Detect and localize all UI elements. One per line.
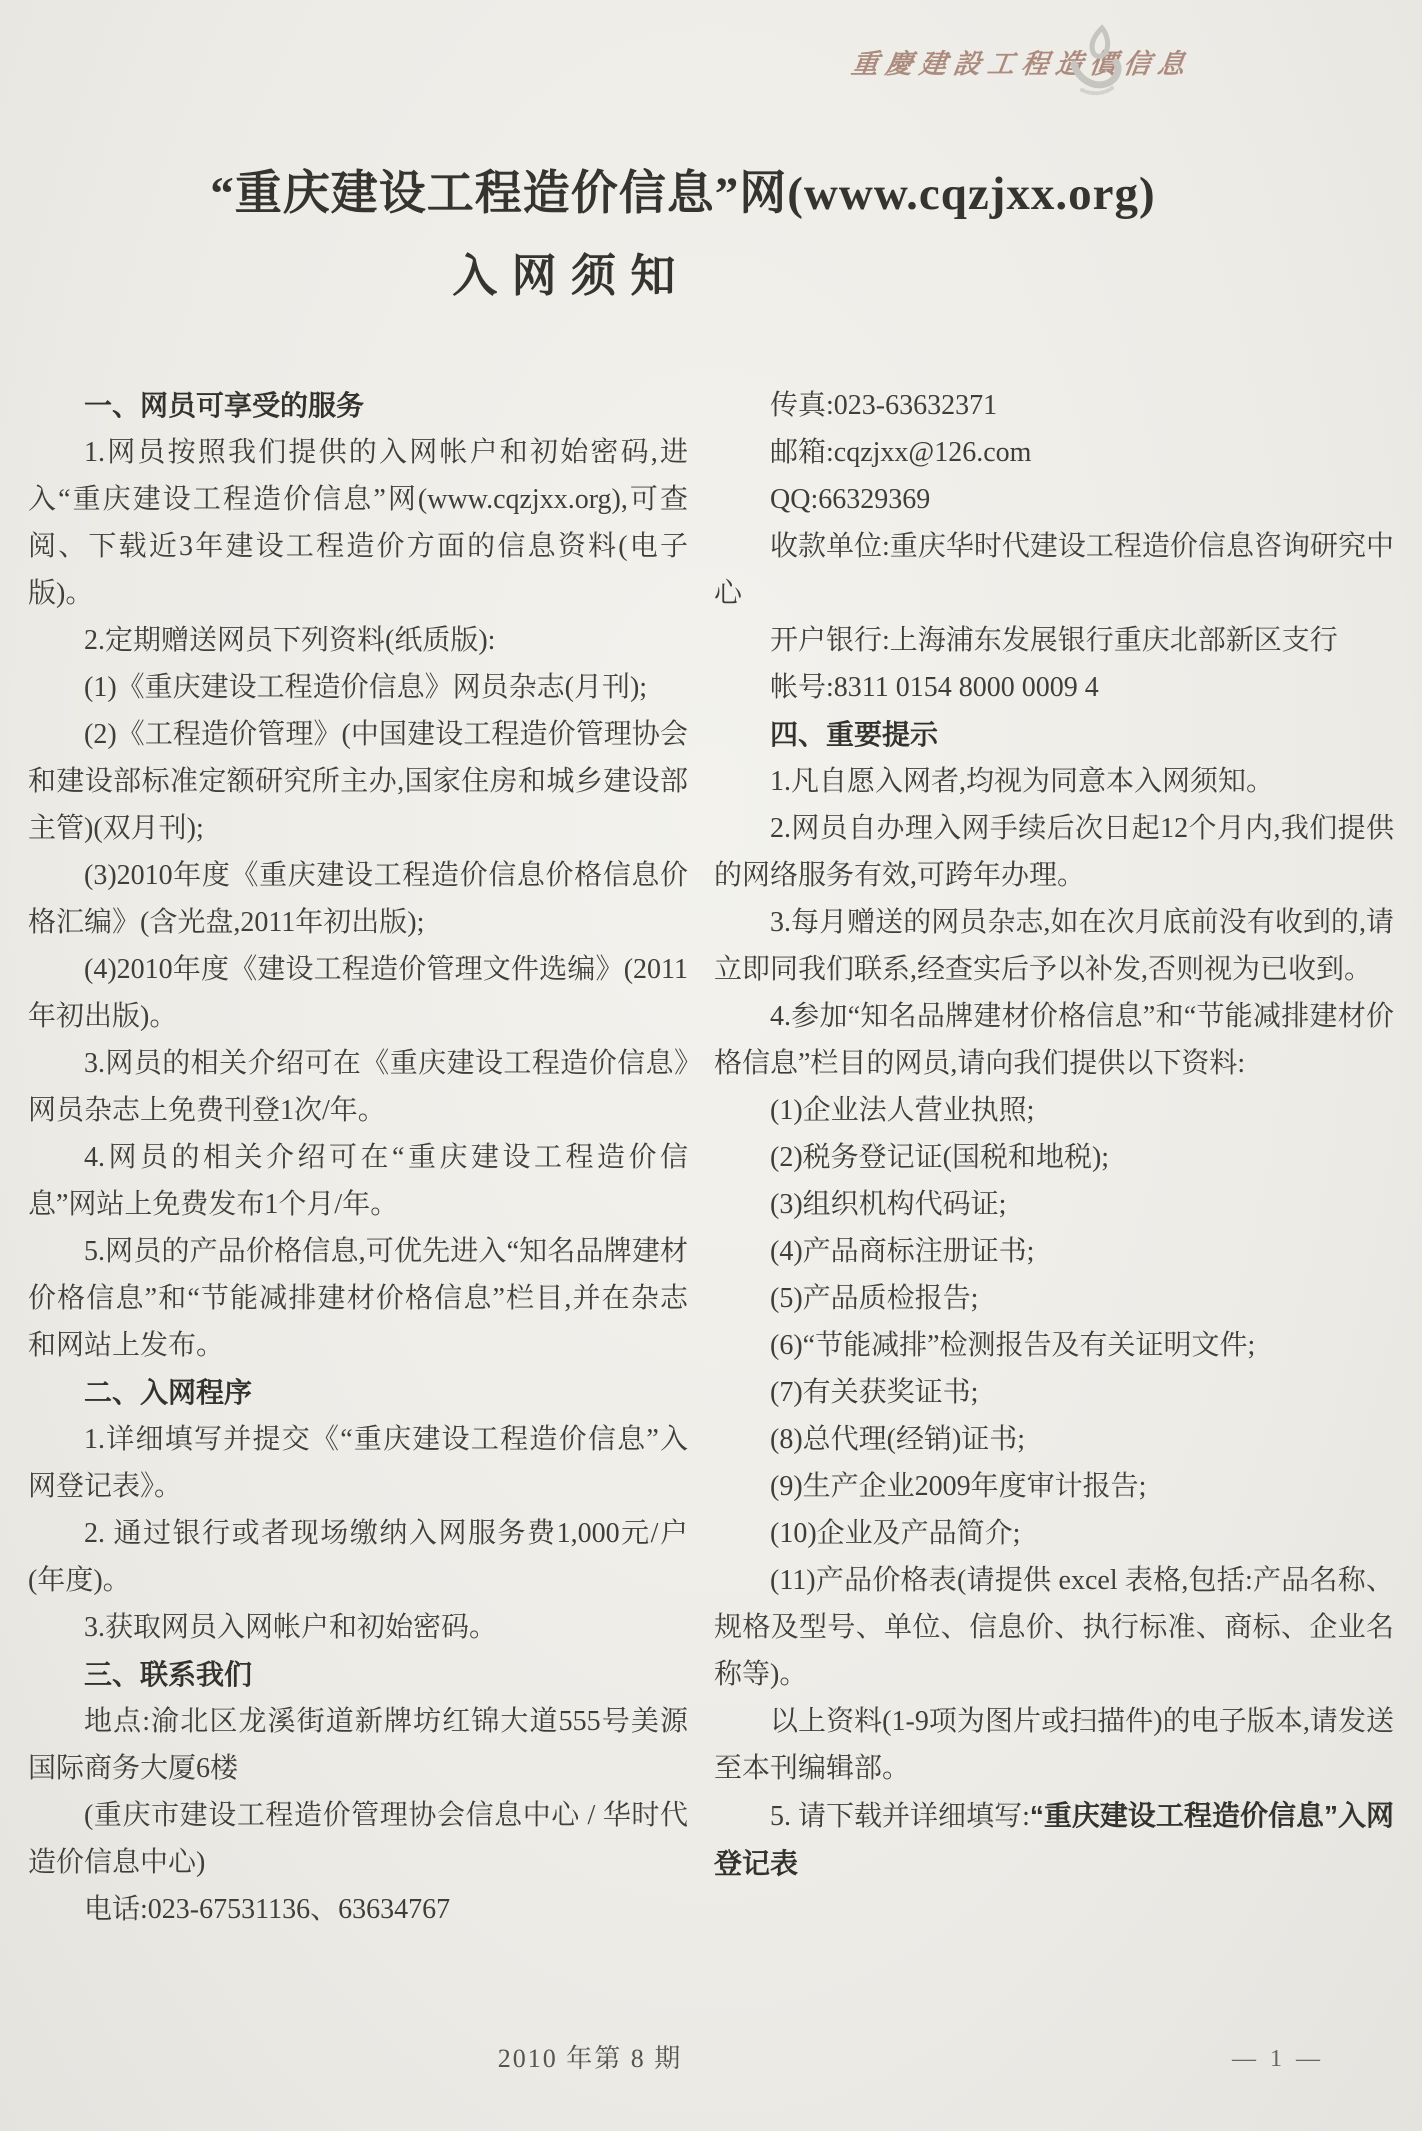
list-item: (4)产品商标注册证书;: [714, 1228, 1394, 1275]
section-heading-contact: 三、联系我们: [28, 1651, 688, 1698]
paragraph: 以上资料(1-9项为图片或扫描件)的电子版本,请发送至本刊编辑部。: [714, 1698, 1394, 1792]
list-item: (6)“节能减排”检测报告及有关证明文件;: [714, 1322, 1394, 1369]
list-item: (9)生产企业2009年度审计报告;: [714, 1463, 1394, 1510]
payee-name: 收款单位:重庆华时代建设工程造价信息咨询研究中心: [714, 523, 1394, 617]
list-item: (11)产品价格表(请提供 excel 表格,包括:产品名称、规格及型号、单位、…: [714, 1557, 1394, 1698]
paragraph: 1.详细填写并提交《“重庆建设工程造价信息”入网登记表》。: [28, 1416, 688, 1510]
paragraph: 1.网员按照我们提供的入网帐户和初始密码,进入“重庆建设工程造价信息”网(www…: [28, 429, 688, 617]
paragraph: 4.参加“知名品牌建材价格信息”和“节能减排建材价格信息”栏目的网员,请向我们提…: [714, 993, 1394, 1087]
paragraph: 3.网员的相关介绍可在《重庆建设工程造价信息》网员杂志上免费刊登1次/年。: [28, 1040, 688, 1134]
paragraph: 2.定期赠送网员下列资料(纸质版):: [28, 617, 688, 664]
footer-issue-label: 2010 年第 8 期: [0, 2038, 1180, 2075]
list-item: (2)《工程造价管理》(中国建设工程造价管理协会和建设部标准定额研究所主办,国家…: [28, 711, 688, 852]
contact-email: 邮箱:cqzjxx@126.com: [714, 429, 1394, 476]
title-line-2: 入网须知: [0, 239, 1282, 304]
paragraph: 4.网员的相关介绍可在“重庆建设工程造价信息”网站上免费发布1个月/年。: [28, 1134, 688, 1228]
paragraph: 1.凡自愿入网者,均视为同意本入网须知。: [714, 758, 1394, 805]
contact-fax: 传真:023-63632371: [714, 382, 1394, 429]
bank-name: 开户银行:上海浦东发展银行重庆北部新区支行: [714, 617, 1394, 664]
contact-qq: QQ:66329369: [714, 476, 1394, 523]
title-line-1: “重庆建设工程造价信息”网(www.cqzjxx.org): [0, 156, 1394, 223]
list-item: (4)2010年度《建设工程造价管理文件选编》(2011年初出版)。: [28, 946, 688, 1040]
paragraph: 5.网员的产品价格信息,可优先进入“知名品牌建材价格信息”和“节能减排建材价格信…: [28, 1228, 688, 1369]
list-item: (3)2010年度《重庆建设工程造价信息价格信息价格汇编》(含光盘,2011年初…: [28, 852, 688, 946]
list-item: (1)《重庆建设工程造价信息》网员杂志(月刊);: [28, 664, 688, 711]
final-prefix: 5. 请下载并详细填写:: [770, 1801, 1030, 1832]
scanned-document-page: 重慶建設工程造價信息 “重庆建设工程造价信息”网(www.cqzjxx.org)…: [0, 0, 1422, 2131]
left-column: 一、网员可享受的服务 1.网员按照我们提供的入网帐户和初始密码,进入“重庆建设工…: [28, 382, 688, 1933]
paragraph: 3.每月赠送的网员杂志,如在次月底前没有收到的,请立即同我们联系,经查实后予以补…: [714, 899, 1394, 993]
contact-phone: 电话:023-67531136、63634767: [28, 1886, 688, 1933]
list-item: (5)产品质检报告;: [714, 1275, 1394, 1322]
two-column-body: 一、网员可享受的服务 1.网员按照我们提供的入网帐户和初始密码,进入“重庆建设工…: [28, 382, 1394, 1933]
footer-page-number: — 1 —: [1232, 2046, 1324, 2073]
journal-brand-text: 重慶建設工程造價信息: [849, 42, 1194, 81]
contact-org: (重庆市建设工程造价管理协会信息中心 / 华时代造价信息中心): [28, 1792, 688, 1886]
account-number: 帐号:8311 0154 8000 0009 4: [714, 664, 1394, 711]
right-column: 传真:023-63632371 邮箱:cqzjxx@126.com QQ:663…: [714, 382, 1394, 1933]
swoosh-logo-icon: [1062, 24, 1124, 103]
document-title: “重庆建设工程造价信息”网(www.cqzjxx.org) 入网须知: [0, 156, 1422, 304]
paragraph-final: 5. 请下载并详细填写:“重庆建设工程造价信息”入网登记表: [714, 1792, 1394, 1888]
contact-address: 地点:渝北区龙溪街道新牌坊红锦大道555号美源国际商务大厦6楼: [28, 1698, 688, 1792]
list-item: (2)税务登记证(国税和地税);: [714, 1134, 1394, 1181]
paragraph: 2. 通过银行或者现场缴纳入网服务费1,000元/户(年度)。: [28, 1510, 688, 1604]
section-heading-services: 一、网员可享受的服务: [28, 382, 688, 429]
list-item: (8)总代理(经销)证书;: [714, 1416, 1394, 1463]
section-heading-procedure: 二、入网程序: [28, 1369, 688, 1416]
list-item: (3)组织机构代码证;: [714, 1181, 1394, 1228]
list-item: (1)企业法人营业执照;: [714, 1087, 1394, 1134]
list-item: (10)企业及产品简介;: [714, 1510, 1394, 1557]
list-item: (7)有关获奖证书;: [714, 1369, 1394, 1416]
paragraph: 3.获取网员入网帐户和初始密码。: [28, 1604, 688, 1651]
section-heading-notes: 四、重要提示: [714, 711, 1394, 758]
paragraph: 2.网员自办理入网手续后次日起12个月内,我们提供的网络服务有效,可跨年办理。: [714, 805, 1394, 899]
